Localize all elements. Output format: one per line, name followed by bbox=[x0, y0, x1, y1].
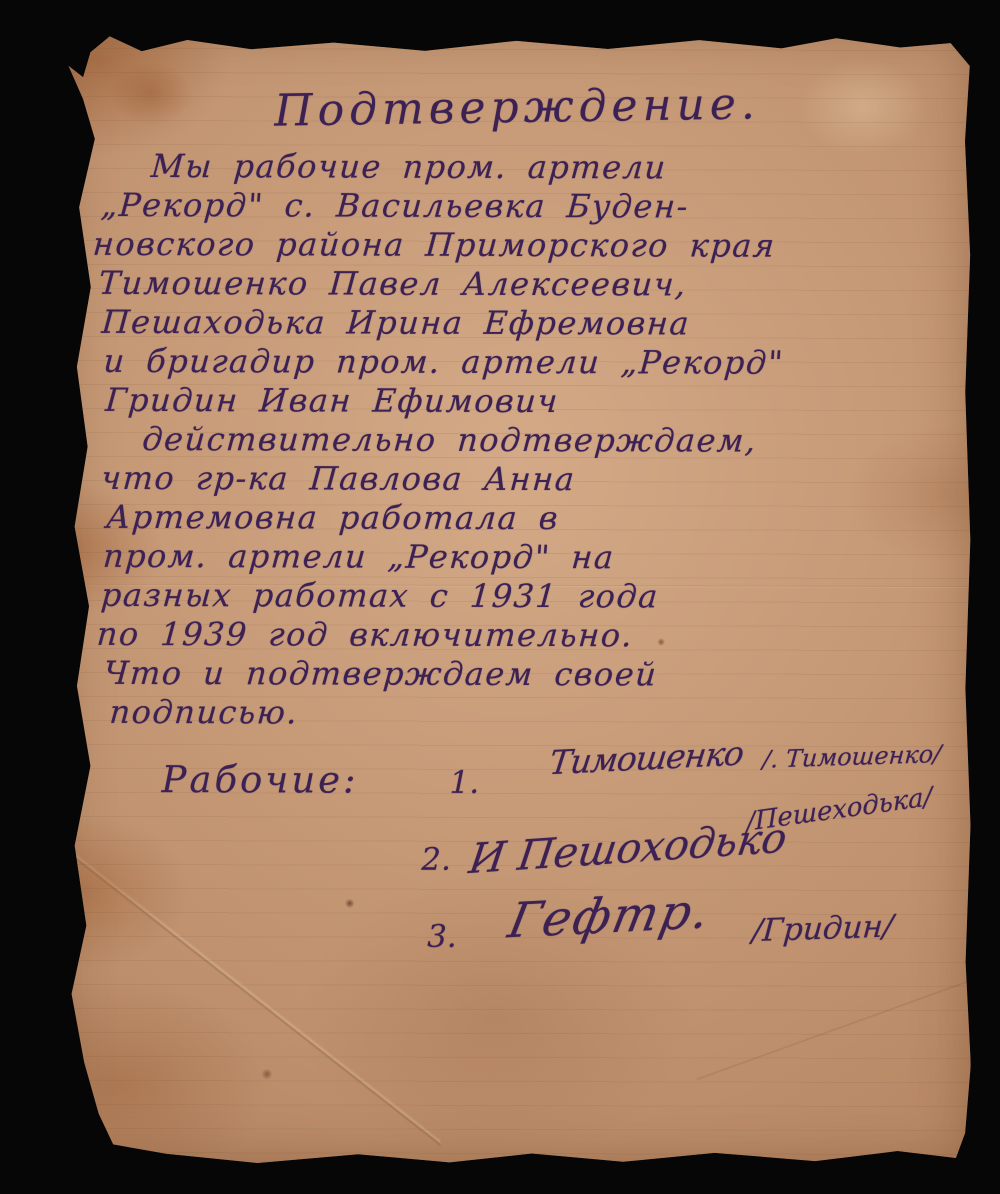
signature-number: 3. bbox=[427, 919, 457, 955]
signature-number: 2. bbox=[421, 842, 451, 878]
document-body: Мы рабочие пром. артели „Рекорд" с. Васи… bbox=[92, 147, 785, 734]
signature-section: Рабочие: 1. Тимошенко /. Тимошенко/ 2. И… bbox=[59, 25, 973, 27]
document-line: по 1939 год включительно. bbox=[95, 615, 784, 656]
signature-name-timoshenko: /. Тимошенко/ bbox=[762, 740, 943, 774]
document-line: пром. артели „Рекорд" на bbox=[102, 537, 785, 578]
signature-timoshenko: Тимошенко bbox=[547, 733, 745, 782]
signature-name-peshokhodko: /Пешеходька/ bbox=[746, 782, 933, 838]
document-line: Мы рабочие пром. артели bbox=[150, 147, 786, 188]
document-title: Подтверждение. bbox=[274, 78, 760, 136]
document-line: новского района Приморского края bbox=[92, 225, 786, 266]
photo-background: { "document": { "title": "Подтверждение.… bbox=[0, 0, 1000, 1194]
document-line: Тимошенко Павел Алексеевич, bbox=[97, 264, 785, 305]
signature-number: 1. bbox=[449, 765, 479, 801]
signature-gridin: Гефтр. bbox=[504, 883, 716, 950]
document-line: и бригадир пром. артели „Рекорд" bbox=[102, 342, 785, 383]
document-line: подписью. bbox=[108, 693, 784, 734]
document-line: разных работах с 1931 года bbox=[100, 576, 785, 617]
signature-peshokhodko: И Пешоходько bbox=[466, 813, 790, 883]
document-line: что гр-ка Павлова Анна bbox=[100, 459, 785, 500]
document-page: Подтверждение. Мы рабочие пром. артели „… bbox=[57, 25, 974, 1167]
signature-name-gridin: /Гридин/ bbox=[751, 908, 895, 949]
document-line: Пешаходька Ирина Ефремовна bbox=[100, 303, 785, 344]
document-line: Артемовна работала в bbox=[105, 498, 785, 539]
document-line: „Рекорд" с. Васильевка Буден- bbox=[100, 186, 786, 227]
document-line: действительно подтверждаем, bbox=[141, 420, 785, 461]
document-line: Гридин Иван Ефимович bbox=[104, 381, 785, 422]
workers-label: Рабочие: bbox=[161, 758, 358, 802]
document-line: Что и подтверждаем своей bbox=[102, 654, 784, 695]
